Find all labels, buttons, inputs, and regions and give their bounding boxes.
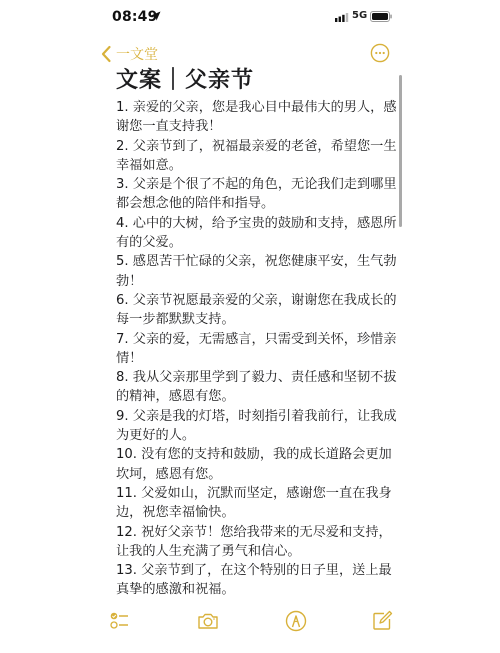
cellular-signal-icon [335, 13, 349, 22]
battery-icon [370, 11, 392, 22]
chevron-left-icon [100, 45, 112, 63]
compose-button[interactable] [370, 609, 394, 633]
note-line: 12. 祝好父亲节！您给我带来的无尽爱和支持，让我的人生充满了勇气和信心。 [116, 523, 401, 562]
status-bar: 08:49 5G [0, 0, 500, 38]
checklist-button[interactable] [108, 609, 132, 633]
camera-icon [196, 609, 220, 633]
markup-pen-icon [284, 609, 308, 633]
note-content[interactable]: 文案｜父亲节 1. 亲爱的父亲，您是我心目中最伟大的男人，感谢您一直支持我！ 2… [116, 64, 401, 600]
note-line: 7. 父亲的爱，无需感言，只需受到关怀，珍惜亲情！ [116, 330, 401, 369]
scrollbar[interactable] [399, 75, 402, 227]
bottom-toolbar [0, 605, 500, 641]
compose-icon [370, 609, 394, 633]
note-line: 8. 我从父亲那里学到了毅力、责任感和坚韧不拔的精神，感恩有您。 [116, 368, 401, 407]
camera-button[interactable] [196, 609, 220, 633]
note-line: 9. 父亲是我的灯塔，时刻指引着我前行，让我成为更好的人。 [116, 407, 401, 446]
checklist-icon [108, 609, 132, 633]
back-button-label: 一文堂 [116, 44, 158, 64]
note-line: 3. 父亲是个很了不起的角色，无论我们走到哪里都会想念他的陪伴和指导。 [116, 175, 401, 214]
back-button[interactable]: 一文堂 [100, 44, 158, 64]
note-line: 4. 心中的大树，给予宝贵的鼓励和支持，感恩所有的父爱。 [116, 214, 401, 253]
note-line: 13. 父亲节到了，在这个特别的日子里，送上最真挚的感激和祝福。 [116, 561, 401, 600]
note-title: 文案｜父亲节 [116, 64, 401, 98]
ellipsis-circle-icon[interactable] [370, 43, 390, 63]
markup-button[interactable] [284, 609, 308, 633]
note-line: 5. 感恩苦干忙碌的父亲，祝您健康平安，生气勃勃！ [116, 252, 401, 291]
note-line: 2. 父亲节到了，祝福最亲爱的老爸，希望您一生幸福如意。 [116, 137, 401, 176]
location-arrow-icon [151, 11, 161, 21]
note-body[interactable]: 1. 亲爱的父亲，您是我心目中最伟大的男人，感谢您一直支持我！ 2. 父亲节到了… [116, 98, 401, 600]
note-line: 1. 亲爱的父亲，您是我心目中最伟大的男人，感谢您一直支持我！ [116, 98, 401, 137]
network-type: 5G [352, 10, 367, 21]
note-line: 11. 父爱如山，沉默而坚定，感谢您一直在我身边，祝您幸福愉快。 [116, 484, 401, 523]
note-line: 10. 没有您的支持和鼓励，我的成长道路会更加坎坷，感恩有您。 [116, 445, 401, 484]
note-line: 6. 父亲节祝愿最亲爱的父亲，谢谢您在我成长的每一步都默默支持。 [116, 291, 401, 330]
